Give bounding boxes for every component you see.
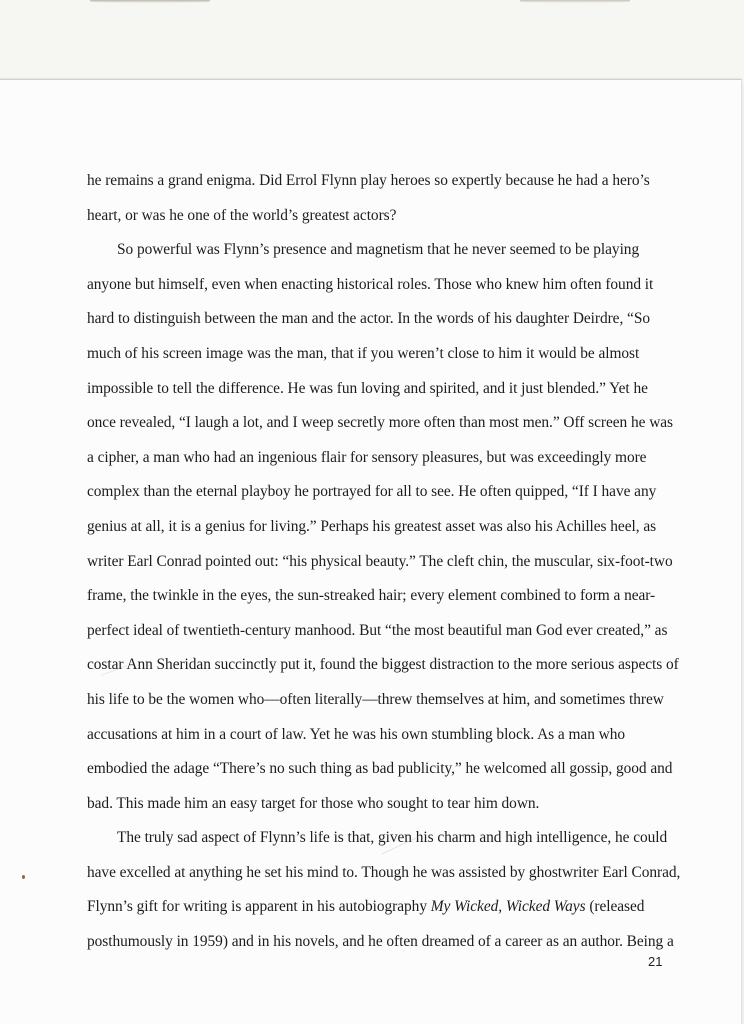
text-line-23: posthumously in 1959) and in his novels,… [87, 925, 677, 960]
text-line-14: perfect ideal of twentieth-century manho… [87, 614, 677, 649]
page-number: 21 [648, 954, 662, 969]
text-line-4: anyone but himself, even when enacting h… [87, 268, 677, 303]
body-text: he remains a grand enigma. Did Errol Fly… [87, 164, 677, 960]
document-page: he remains a grand enigma. Did Errol Fly… [0, 79, 742, 1024]
text-line-11: genius at all, it is a genius for living… [87, 510, 677, 545]
text-line-10: complex than the eternal playboy he port… [87, 475, 677, 510]
scanner-background [0, 0, 744, 84]
scan-shadow [520, 0, 630, 3]
scan-shadow [90, 0, 210, 3]
text-line-16: his life to be the women who—often liter… [87, 683, 677, 718]
text-line-12: writer Earl Conrad pointed out: “his phy… [87, 545, 677, 580]
text-line-7: impossible to tell the difference. He wa… [87, 372, 677, 407]
text-line-20: The truly sad aspect of Flynn’s life is … [87, 821, 677, 856]
book-title: My Wicked, Wicked Ways [431, 898, 586, 915]
text-line-15: costar Ann Sheridan succinctly put it, f… [87, 648, 677, 683]
scan-speck [22, 875, 25, 879]
text-line-18: embodied the adage “There’s no such thin… [87, 752, 677, 787]
text-line-21: have excelled at anything he set his min… [87, 856, 677, 891]
text-span: (released [586, 898, 645, 915]
text-line-9: a cipher, a man who had an ingenious fla… [87, 441, 677, 476]
text-line-6: much of his screen image was the man, th… [87, 337, 677, 372]
text-line-17: accusations at him in a court of law. Ye… [87, 718, 677, 753]
text-line-13: frame, the twinkle in the eyes, the sun-… [87, 579, 677, 614]
text-line-22: Flynn’s gift for writing is apparent in … [87, 890, 677, 925]
text-span: Flynn’s gift for writing is apparent in … [87, 898, 431, 915]
text-line-1: he remains a grand enigma. Did Errol Fly… [87, 164, 677, 199]
text-line-2: heart, or was he one of the world’s grea… [87, 199, 677, 234]
text-line-8: once revealed, “I laugh a lot, and I wee… [87, 406, 677, 441]
text-line-19: bad. This made him an easy target for th… [87, 787, 677, 822]
text-line-3: So powerful was Flynn’s presence and mag… [87, 233, 677, 268]
text-line-5: hard to distinguish between the man and … [87, 302, 677, 337]
